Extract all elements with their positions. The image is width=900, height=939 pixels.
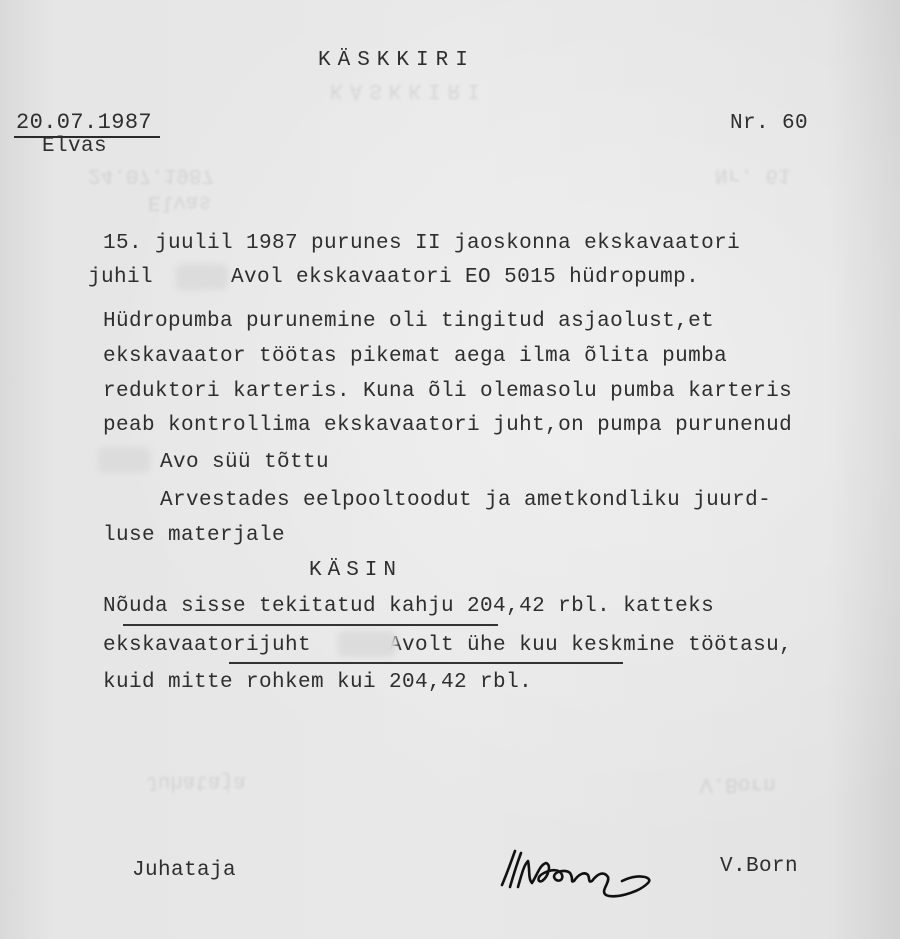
signature-label: Juhataja: [132, 860, 236, 881]
document-page: KÄSKKIRI 24.07.1987 Elvas Nr. 61 Juhataj…: [0, 0, 900, 939]
redacted-surname: [176, 264, 228, 290]
redacted-surname: [98, 447, 150, 473]
bleed-through-signature-name: V.Born: [700, 772, 776, 795]
order-line: Nõuda sisse tekitatud kahju 204,42 rbl. …: [103, 596, 714, 617]
handwritten-signature: [488, 843, 658, 899]
body-line: ekskavaator töötas pikemat aega ilma õli…: [103, 346, 727, 367]
document-date: 20.07.1987: [16, 112, 152, 134]
body-line: luse materjale: [103, 525, 285, 546]
body-line: 15. juulil 1987 purunes II jaoskonna eks…: [103, 233, 740, 254]
signature-name: V.Born: [720, 856, 798, 877]
bleed-through-signature-label: Juhataja: [145, 770, 246, 793]
order-line: ekskavaatorijuht Avolt ühe kuu keskmine …: [103, 635, 792, 656]
bleed-through-date: 24.07.1987: [88, 163, 214, 186]
bleed-through-place: Elvas: [148, 190, 211, 213]
order-underline: [229, 662, 623, 664]
body-line: Arvestades eelpooltoodut ja ametkondliku…: [160, 490, 771, 511]
document-place: Elvas: [42, 136, 107, 157]
order-heading: KÄSIN: [309, 560, 402, 581]
bleed-through-number: Nr. 61: [715, 163, 791, 186]
body-line: Avo süü tõttu: [160, 452, 329, 473]
order-underline: [123, 624, 498, 626]
order-line: kuid mitte rohkem kui 204,42 rbl.: [103, 672, 532, 693]
redacted-surname: [338, 631, 396, 657]
document-title: KÄSKKIRI: [318, 50, 475, 71]
body-line: reduktori karteris. Kuna õli olemasolu p…: [103, 381, 792, 402]
document-number: Nr. 60: [730, 113, 808, 134]
body-line: Hüdropumba purunemine oli tingitud asjao…: [103, 311, 714, 332]
bleed-through-title: KÄSKKIRI: [330, 78, 487, 101]
body-line: peab kontrollima ekskavaatori juht,on pu…: [103, 415, 792, 436]
